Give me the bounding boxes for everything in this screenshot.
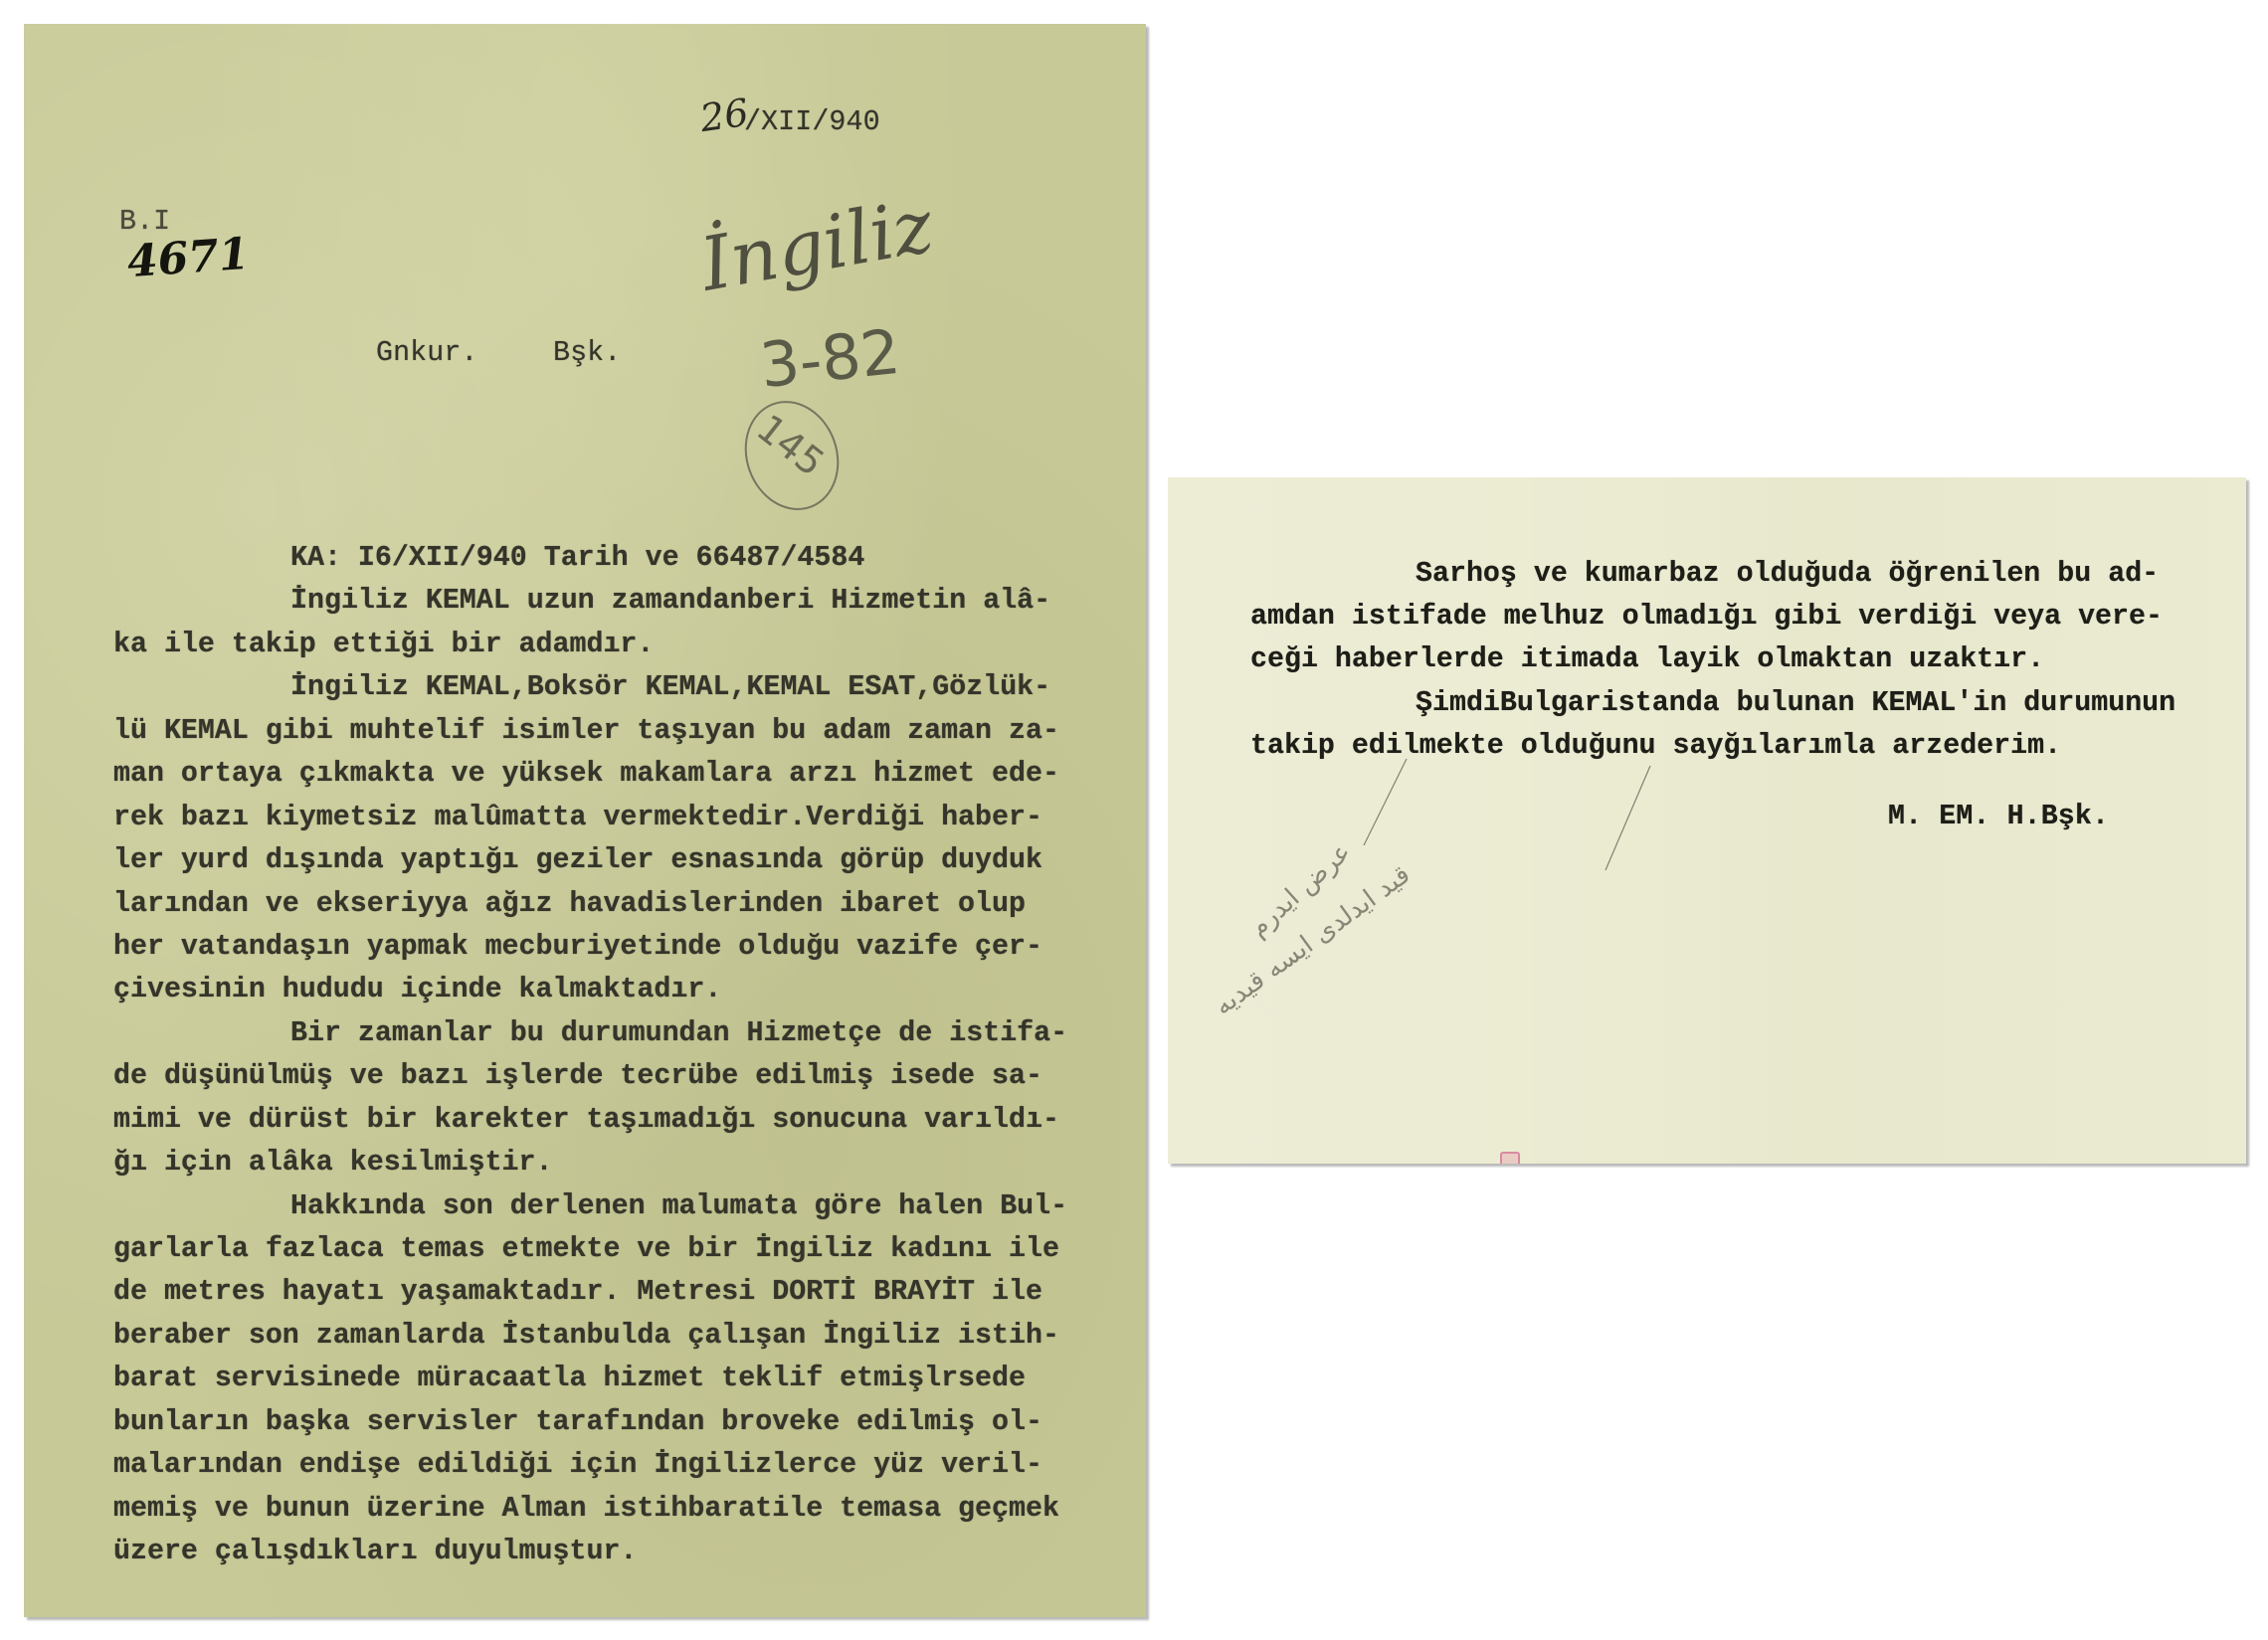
body-line: amdan istifade melhuz olmadığı gibi verd… bbox=[1250, 596, 2175, 638]
body-line: Sarhoş ve kumarbaz olduğuda öğrenilen bu… bbox=[1250, 553, 2175, 596]
letter-body: KA: I6/XII/940 Tarih ve 66487/4584 İngil… bbox=[113, 537, 1067, 1574]
margin-note-code: 3-82 bbox=[757, 315, 904, 402]
date-typed: /XII/940 bbox=[744, 101, 880, 145]
reference-handwritten: 4671 bbox=[125, 229, 251, 287]
document-page-2: Sarhoş ve kumarbaz olduğuda öğrenilen bu… bbox=[1168, 477, 2246, 1164]
body-line: mimi ve dürüst bir karekter taşımadığı s… bbox=[113, 1099, 1067, 1142]
document-page-1: 26 /XII/940 B.I 4671 Gnkur. Bşk. İngiliz… bbox=[24, 24, 1146, 1617]
body-line: garlarla fazlaca temas etmekte ve bir İn… bbox=[113, 1228, 1067, 1271]
body-line: de düşünülmüş ve bazı işlerde tecrübe ed… bbox=[113, 1055, 1067, 1098]
body-line: Hakkında son derlenen malumata göre hale… bbox=[113, 1185, 1067, 1228]
body-line: bunların başka servisler tarafından brov… bbox=[113, 1401, 1067, 1444]
body-line: man ortaya çıkmakta ve yüksek makamlara … bbox=[113, 753, 1067, 796]
body-line: de metres hayatı yaşamaktadır. Metresi D… bbox=[113, 1271, 1067, 1314]
body-line: İngiliz KEMAL uzun zamandanberi Hizmetin… bbox=[113, 580, 1067, 623]
body-line: İngiliz KEMAL,Boksör KEMAL,KEMAL ESAT,Gö… bbox=[113, 666, 1067, 709]
body-line: malarından endişe edildiği için İngilizl… bbox=[113, 1444, 1067, 1487]
body-line: takip edilmekte olduğunu sayğılarımla ar… bbox=[1250, 725, 2175, 768]
body-line: üzere çalışdıkları duyulmuştur. bbox=[113, 1531, 1067, 1573]
body-line: rek bazı kiymetsiz malûmatta vermektedir… bbox=[113, 797, 1067, 839]
circled-number-text: 145 bbox=[749, 406, 833, 484]
stamp-mark bbox=[1500, 1152, 1520, 1164]
letter-body-continued: Sarhoş ve kumarbaz olduğuda öğrenilen bu… bbox=[1250, 553, 2175, 768]
body-line: çivesinin hududu içinde kalmaktadır. bbox=[113, 969, 1067, 1011]
body-line: larından ve ekseriyya ağız havadislerind… bbox=[113, 883, 1067, 926]
addressee-gnkur: Gnkur. bbox=[376, 332, 478, 376]
body-line: barat servisinede müracaatla hizmet tekl… bbox=[113, 1358, 1067, 1400]
body-line: memiş ve bunun üzerine Alman istihbarati… bbox=[113, 1488, 1067, 1531]
body-line: her vatandaşın yapmak mecburiyetinde old… bbox=[113, 926, 1067, 969]
body-line: ka ile takip ettiği bir adamdır. bbox=[113, 624, 1067, 666]
body-line: beraber son zamanlarda İstanbulda çalışa… bbox=[113, 1315, 1067, 1358]
body-line: ğı için alâka kesilmiştir. bbox=[113, 1142, 1067, 1184]
body-line: ŞimdiBulgaristanda bulunan KEMAL'in duru… bbox=[1250, 682, 2175, 725]
margin-note-ingiliz: İngiliz bbox=[694, 183, 939, 307]
body-line: ceği haberlerde itimada layik olmaktan u… bbox=[1250, 638, 2175, 681]
body-line: lü KEMAL gibi muhtelif isimler taşıyan b… bbox=[113, 710, 1067, 753]
body-line: Bir zamanlar bu durumundan Hizmetçe de i… bbox=[113, 1012, 1067, 1055]
margin-note-circled-number: 145 bbox=[730, 388, 854, 524]
addressee-bsk: Bşk. bbox=[553, 332, 621, 376]
body-line: ler yurd dışında yaptığı geziler esnasın… bbox=[113, 839, 1067, 882]
signature-block: M. EM. H.Bşk. bbox=[1888, 796, 2109, 839]
body-line: KA: I6/XII/940 Tarih ve 66487/4584 bbox=[113, 537, 1067, 580]
